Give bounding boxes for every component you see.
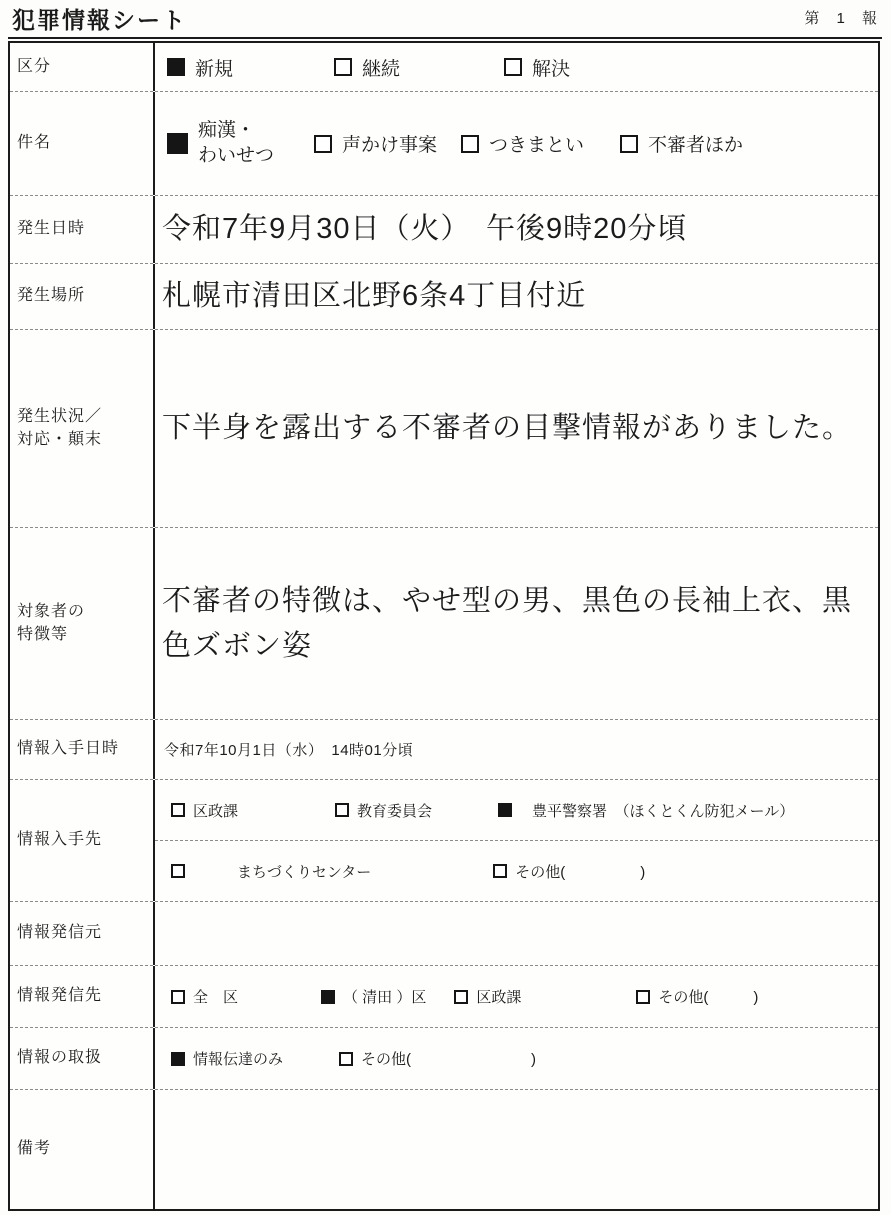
checkbox-icon	[636, 990, 650, 1004]
row-label-joho-nyushusaki: 情報入手先	[10, 780, 155, 901]
row-label-hassei-jokyo: 発生状況／ 対応・顛末	[10, 330, 155, 527]
joho-hasshinmoto-cell	[155, 902, 878, 965]
option-chikan-waisetsu: 痴漢・ わいせつ	[167, 119, 274, 168]
option-label: 痴漢・ わいせつ	[198, 119, 274, 168]
hassei-basho-cell: 札幌市清田区北野6条4丁目付近	[155, 264, 878, 329]
row-joho-hasshinsaki: 情報発信先 全 区 （ 清田 ）区 区政課 その他( )	[10, 965, 878, 1027]
checkbox-icon	[461, 135, 479, 153]
row-label-text: 備考	[17, 1138, 149, 1160]
option-keizoku: 継続	[334, 54, 400, 81]
option-machizukuri-center: まちづくりセンター	[171, 861, 371, 882]
row-kenmei: 件名 痴漢・ わいせつ 声かけ事案 つきまとい	[10, 91, 878, 195]
row-label-text: 発生日時	[17, 218, 149, 240]
option-label: その他( )	[658, 986, 758, 1007]
option-label: 継続	[362, 54, 400, 81]
option-label: つきまとい	[489, 130, 584, 157]
option-kaiketsu: 解決	[504, 54, 570, 81]
checkbox-icon	[171, 803, 185, 817]
taishosha-tokucho-cell: 不審者の特徴は、やせ型の男、黒色の長袖上衣、黒色ズボン姿	[155, 528, 878, 719]
joho-nyushusaki-subrow-1: 区政課 教育委員会 豊平警察署 （ほくとくん防犯メール）	[155, 780, 878, 840]
row-label-line1: 対象者の	[17, 601, 149, 623]
option-toyohira-keisatsusho: 豊平警察署 （ほくとくん防犯メール）	[498, 800, 794, 821]
row-label-biko: 備考	[10, 1090, 155, 1209]
option-label: まちづくりセンター	[237, 861, 371, 882]
checkbox-icon	[335, 803, 349, 817]
checkbox-icon	[334, 58, 352, 76]
option-sonota-nyushu: その他( )	[493, 861, 645, 882]
hassei-nichiji-cell: 令和7年9月30日（火） 午後9時20分頃	[155, 196, 878, 263]
row-label-text: 情報発信元	[17, 922, 149, 944]
checkbox-icon	[498, 803, 512, 817]
hassei-jokyo-value: 下半身を露出する不審者の目撃情報がありました。	[155, 406, 852, 451]
row-label-text: 情報入手先	[17, 829, 149, 851]
hassei-jokyo-cell: 下半身を露出する不審者の目撃情報がありました。	[155, 330, 878, 527]
kubun-options: 新規 継続 解決	[155, 43, 878, 91]
row-label-text: 発生場所	[17, 285, 149, 307]
row-label-text: 情報の取扱	[17, 1047, 149, 1069]
option-kuseika: 区政課	[171, 800, 238, 821]
row-joho-nyushu-nichiji: 情報入手日時 令和7年10月1日（水） 14時01分頃	[10, 719, 878, 779]
option-sonota-toriatsukai: その他( )	[339, 1048, 536, 1069]
row-label-text: 件名	[17, 132, 149, 154]
checkbox-icon	[620, 135, 638, 153]
option-label: 解決	[532, 54, 570, 81]
row-label-hassei-nichiji: 発生日時	[10, 196, 155, 263]
joho-hasshinsaki-cell: 全 区 （ 清田 ）区 区政課 その他( )	[155, 966, 878, 1027]
row-label-line2: 対応・顛末	[17, 429, 149, 451]
checkbox-icon	[167, 133, 188, 154]
page-title: 犯罪情報シート	[8, 4, 187, 36]
option-label: その他( )	[515, 861, 645, 882]
row-label-joho-toriatsukai: 情報の取扱	[10, 1028, 155, 1089]
option-label: 豊平警察署 （ほくとくん防犯メール）	[532, 800, 794, 821]
option-kuseika-hasshin: 区政課	[454, 986, 521, 1007]
row-hassei-jokyo: 発生状況／ 対応・顛末 下半身を露出する不審者の目撃情報がありました。	[10, 329, 878, 527]
row-label-joho-hasshinsaki: 情報発信先	[10, 966, 155, 1027]
option-koekake-jian: 声かけ事案	[314, 130, 437, 157]
option-label-line2: わいせつ	[198, 144, 274, 169]
kenmei-options: 痴漢・ わいせつ 声かけ事案 つきまとい 不審者ほか	[155, 92, 878, 195]
taishosha-tokucho-value: 不審者の特徴は、やせ型の男、黒色の長袖上衣、黒色ズボン姿	[155, 579, 878, 669]
option-label: 新規	[195, 54, 233, 81]
row-label-text: 情報発信先	[17, 985, 149, 1007]
checkbox-icon	[314, 135, 332, 153]
joho-toriatsukai-cell: 情報伝達のみ その他( )	[155, 1028, 878, 1089]
option-label: 情報伝達のみ	[193, 1048, 283, 1069]
checkbox-icon	[504, 58, 522, 76]
option-label: （ 清田 ）区	[343, 986, 426, 1007]
option-shinki: 新規	[167, 54, 233, 81]
joho-nyushu-nichiji-cell: 令和7年10月1日（水） 14時01分頃	[155, 720, 878, 779]
checkbox-icon	[339, 1052, 353, 1066]
report-number: 第 1 報	[804, 7, 878, 28]
option-label: 区政課	[476, 986, 521, 1007]
checkbox-icon	[171, 864, 185, 878]
row-label-joho-nyushu-nichiji: 情報入手日時	[10, 720, 155, 779]
option-label: 教育委員会	[357, 800, 432, 821]
checkbox-icon	[167, 58, 185, 76]
option-label-line1: 痴漢・	[198, 119, 274, 144]
option-label: 声かけ事案	[342, 130, 437, 157]
row-label-line2: 特徴等	[17, 624, 149, 646]
row-label-line1: 発生状況／	[17, 406, 149, 428]
row-joho-toriatsukai: 情報の取扱 情報伝達のみ その他( )	[10, 1027, 878, 1089]
checkbox-icon	[171, 1052, 185, 1066]
row-taishosha-tokucho: 対象者の 特徴等 不審者の特徴は、やせ型の男、黒色の長袖上衣、黒色ズボン姿	[10, 527, 878, 719]
hassei-basho-value: 札幌市清田区北野6条4丁目付近	[155, 274, 586, 319]
row-label-joho-hasshinmoto: 情報発信元	[10, 902, 155, 965]
row-label-kenmei: 件名	[10, 92, 155, 195]
row-label-hassei-basho: 発生場所	[10, 264, 155, 329]
option-zenku: 全 区	[171, 986, 238, 1007]
row-biko: 備考	[10, 1089, 878, 1209]
checkbox-icon	[493, 864, 507, 878]
checkbox-icon	[321, 990, 335, 1004]
row-joho-hasshinmoto: 情報発信元	[10, 901, 878, 965]
option-sonota-hasshin: その他( )	[636, 986, 758, 1007]
biko-cell	[155, 1090, 878, 1209]
option-label: 区政課	[193, 800, 238, 821]
row-label-text: 情報入手日時	[17, 738, 149, 760]
option-kiyota-ku: （ 清田 ）区	[321, 986, 426, 1007]
hassei-nichiji-value: 令和7年9月30日（火） 午後9時20分頃	[155, 207, 687, 252]
joho-nyushusaki-subrow-2: まちづくりセンター その他( )	[155, 840, 878, 901]
option-label: 全 区	[193, 986, 238, 1007]
option-label: 不審者ほか	[648, 130, 743, 157]
row-hassei-basho: 発生場所 札幌市清田区北野6条4丁目付近	[10, 263, 878, 329]
crime-info-table: 区分 新規 継続 解決 件名	[8, 41, 880, 1211]
sheet-header: 犯罪情報シート 第 1 報	[8, 4, 882, 39]
checkbox-icon	[171, 990, 185, 1004]
row-hassei-nichiji: 発生日時 令和7年9月30日（火） 午後9時20分頃	[10, 195, 878, 263]
joho-nyushusaki-cell: 区政課 教育委員会 豊平警察署 （ほくとくん防犯メール） まちづくりセンター	[155, 780, 878, 901]
option-label: その他( )	[361, 1048, 536, 1069]
checkbox-icon	[454, 990, 468, 1004]
scanned-crime-info-sheet: 犯罪情報シート 第 1 報 区分 新規 継続 解決	[0, 0, 891, 1215]
row-joho-nyushusaki: 情報入手先 区政課 教育委員会 豊平警察署 （ほくとくん防犯メール）	[10, 779, 878, 901]
row-kubun: 区分 新規 継続 解決	[10, 43, 878, 91]
row-label-kubun: 区分	[10, 43, 155, 91]
option-joho-dentatsu-nomi: 情報伝達のみ	[171, 1048, 283, 1069]
option-tsukimatoi: つきまとい	[461, 130, 584, 157]
option-fushinsha-hoka: 不審者ほか	[620, 130, 743, 157]
row-label-text: 区分	[17, 56, 149, 78]
option-kyoiku-iinkai: 教育委員会	[335, 800, 432, 821]
joho-nyushu-nichiji-value: 令和7年10月1日（水） 14時01分頃	[155, 739, 413, 760]
row-label-taishosha-tokucho: 対象者の 特徴等	[10, 528, 155, 719]
